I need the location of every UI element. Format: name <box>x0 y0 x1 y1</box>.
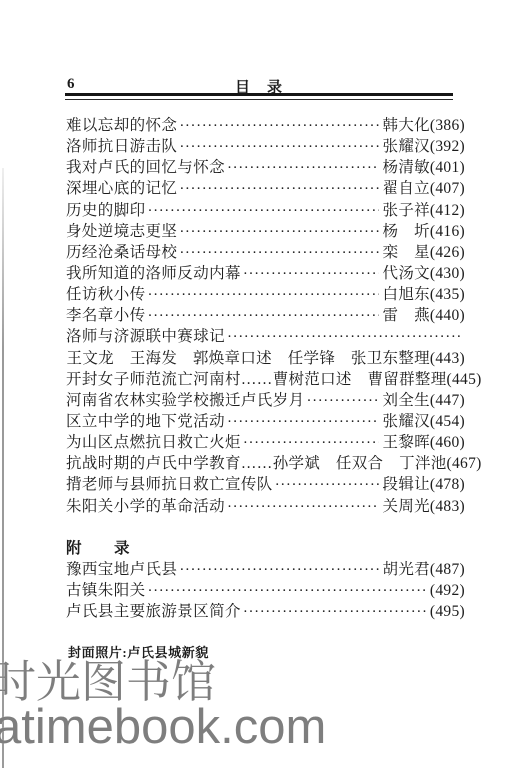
toc-entry-title: 朱阳关小学的革命活动 <box>66 496 225 517</box>
toc-row: 抗战时期的卢氏中学教育……孙学斌 任双合 丁泮池(467) <box>66 453 465 474</box>
toc-entry-author-page: 韩大化(386) <box>383 115 465 136</box>
toc-entry-author-page: 张耀汉(454) <box>383 411 465 432</box>
dot-leader: ········································… <box>179 179 378 200</box>
header-rule-thick <box>65 93 453 96</box>
toc-entry-author-page: 胡光君(487) <box>383 559 465 580</box>
dot-leader: ········································… <box>243 602 426 623</box>
toc-entry-title: 身处逆境志更坚 <box>66 221 177 242</box>
toc-entry-author-page: 杨 圻(416) <box>383 221 465 242</box>
toc-entry-title: 洛师抗日游击队 <box>66 136 177 157</box>
toc-entry-title: 任访秋小传 <box>66 284 146 305</box>
toc-row: 王文龙 王海发 郭焕章口述 任学锋 张卫东整理(443) <box>66 348 465 369</box>
toc-row: 深埋心底的记忆·································… <box>66 178 465 199</box>
toc-entry-title: 我对卢氏的回忆与怀念 <box>66 157 225 178</box>
toc-entry-author-page: 雷 燕(440) <box>383 305 465 326</box>
toc-entry-title: 历史的脚印 <box>66 200 146 221</box>
toc-entry-author-page: (492) <box>430 580 465 601</box>
scanned-book-page: 6 目 录 难以忘却的怀念···························… <box>0 0 527 768</box>
toc-entry-author-page: 刘全生(447) <box>383 390 465 411</box>
toc-entry-title: 为山区点燃抗日救亡火炬 <box>66 432 241 453</box>
toc-row: 历经沧桑话母校·································… <box>66 242 465 263</box>
dot-leader: ········································… <box>227 412 379 433</box>
dot-leader: ········································… <box>227 497 379 518</box>
toc-entry-title: 深埋心底的记忆 <box>66 178 177 199</box>
toc-entry-title: 难以忘却的怀念 <box>66 115 177 136</box>
dot-leader: ········································… <box>307 391 379 412</box>
toc-row: 为山区点燃抗日救亡火炬·····························… <box>66 432 465 453</box>
dot-leader: ········································… <box>148 201 379 222</box>
toc-entry-author-page: 代汤文(430) <box>383 263 465 284</box>
toc-entry-title: 卢氏县主要旅游景区简介 <box>66 601 241 622</box>
toc-list: 难以忘却的怀念·································… <box>66 115 465 517</box>
watermark-chinese: 时光图书馆 <box>0 659 216 704</box>
appendix-heading: 附 录 <box>66 538 465 559</box>
toc-entry-author-page: 段辑让(478) <box>383 474 465 495</box>
toc-entry-author-page: 关周光(483) <box>383 496 465 517</box>
toc-entry-contributors: 王文龙 王海发 郭焕章口述 任学锋 张卫东整理(443) <box>67 348 465 369</box>
toc-entry-author-page: 张子祥(412) <box>383 200 465 221</box>
appendix-section: 附 录 豫西宝地卢氏县·····························… <box>66 538 465 623</box>
dot-leader: ········································… <box>227 327 461 348</box>
toc-row: 卢氏县主要旅游景区简介·····························… <box>66 601 465 622</box>
toc-entry-author-page: 曹树范口述 曹留群整理(445) <box>273 369 482 390</box>
dot-leader: ········································… <box>243 264 379 285</box>
page-number: 6 <box>67 76 75 93</box>
toc-entry-title: 我所知道的洛师反动内幕 <box>66 263 241 284</box>
dot-leader: ········································… <box>243 433 379 454</box>
toc-row: 开封女子师范流亡河南村……曹树范口述 曹留群整理(445) <box>66 369 465 390</box>
toc-entry-title: 开封女子师范流亡河南村…… <box>66 369 273 390</box>
dot-leader: ········································… <box>179 137 378 158</box>
toc-row: 洛师与济源联中赛球记······························… <box>66 326 465 347</box>
toc-row: 难以忘却的怀念·································… <box>66 115 465 136</box>
toc-entry-author-page: 白旭东(435) <box>383 284 465 305</box>
dot-leader: ········································… <box>227 158 379 179</box>
toc-row: 我对卢氏的回忆与怀念······························… <box>66 157 465 178</box>
dot-leader: ········································… <box>148 285 379 306</box>
toc-row: 揹老师与县师抗日救亡宣传队···························… <box>66 474 465 495</box>
toc-row: 朱阳关小学的革命活动······························… <box>66 496 465 517</box>
toc-entry-title: 豫西宝地卢氏县 <box>66 559 177 580</box>
toc-entry-title: 李名章小传 <box>66 305 146 326</box>
dot-leader: ········································… <box>148 306 379 327</box>
page-header: 6 目 录 <box>65 76 453 94</box>
appendix-list: 豫西宝地卢氏县·································… <box>66 559 465 622</box>
toc-entry-title: 洛师与济源联中赛球记 <box>66 326 225 347</box>
toc-row: 我所知道的洛师反动内幕·····························… <box>66 263 465 284</box>
toc-entry-author-page: 张耀汉(392) <box>383 136 465 157</box>
toc-row: 河南省农林实验学校搬迁卢氏岁月·························… <box>66 390 465 411</box>
toc-row: 古镇朱阳关···································… <box>66 580 465 601</box>
dot-leader: ········································… <box>179 116 378 137</box>
toc-entry-author-page: (495) <box>430 601 465 622</box>
toc-entry-author-page: 栾 星(426) <box>383 242 465 263</box>
toc-entry-title: 古镇朱阳关 <box>66 580 146 601</box>
toc-entry-title: 揹老师与县师抗日救亡宣传队 <box>66 474 273 495</box>
toc-row: 历史的脚印···································… <box>66 200 465 221</box>
toc-row: 任访秋小传···································… <box>66 284 465 305</box>
toc-entry-author-page: 王黎晖(460) <box>383 432 465 453</box>
toc-row: 身处逆境志更坚·································… <box>66 221 465 242</box>
toc-row: 李名章小传···································… <box>66 305 465 326</box>
header-rule-thin <box>65 99 453 100</box>
dot-leader: ········································… <box>148 581 426 602</box>
toc-entry-author-page: 翟自立(407) <box>383 178 465 199</box>
toc-entry-author-page: 杨清敏(401) <box>383 157 465 178</box>
dot-leader: ········································… <box>179 560 378 581</box>
watermark-url: atimebook.com <box>0 703 326 752</box>
toc-entry-title: 历经沧桑话母校 <box>66 242 177 263</box>
dot-leader: ········································… <box>275 475 379 496</box>
dot-leader: ········································… <box>179 243 378 264</box>
toc-entry-title: 区立中学的地下党活动 <box>66 411 225 432</box>
dot-leader: ········································… <box>179 222 378 243</box>
toc-entry-author-page: 孙学斌 任双合 丁泮池(467) <box>273 453 482 474</box>
toc-row: 豫西宝地卢氏县·································… <box>66 559 465 580</box>
toc-entry-title: 河南省农林实验学校搬迁卢氏岁月 <box>66 390 305 411</box>
toc-entry-title: 抗战时期的卢氏中学教育…… <box>66 453 273 474</box>
toc-row: 区立中学的地下党活动······························… <box>66 411 465 432</box>
toc-row: 洛师抗日游击队·································… <box>66 136 465 157</box>
